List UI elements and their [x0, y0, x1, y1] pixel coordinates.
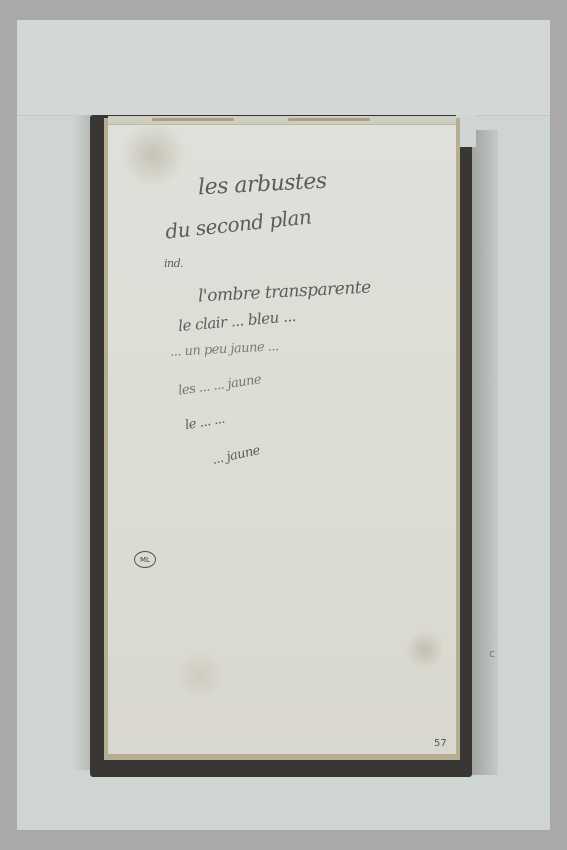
- foxing-stain: [405, 630, 445, 670]
- collection-stamp: ML: [134, 551, 156, 568]
- foxing-stain: [175, 650, 225, 700]
- foxing-stain: [118, 125, 188, 185]
- handwriting-line: ind.: [164, 257, 183, 270]
- cover-shadow-left: [72, 115, 92, 770]
- top-paper-strip: [17, 20, 550, 116]
- margin-mark: c: [489, 647, 495, 660]
- binding-stitch: [288, 118, 370, 121]
- folio-number: 57: [434, 738, 447, 749]
- cover-shadow-right: [470, 130, 498, 775]
- binding-stitch: [152, 118, 234, 121]
